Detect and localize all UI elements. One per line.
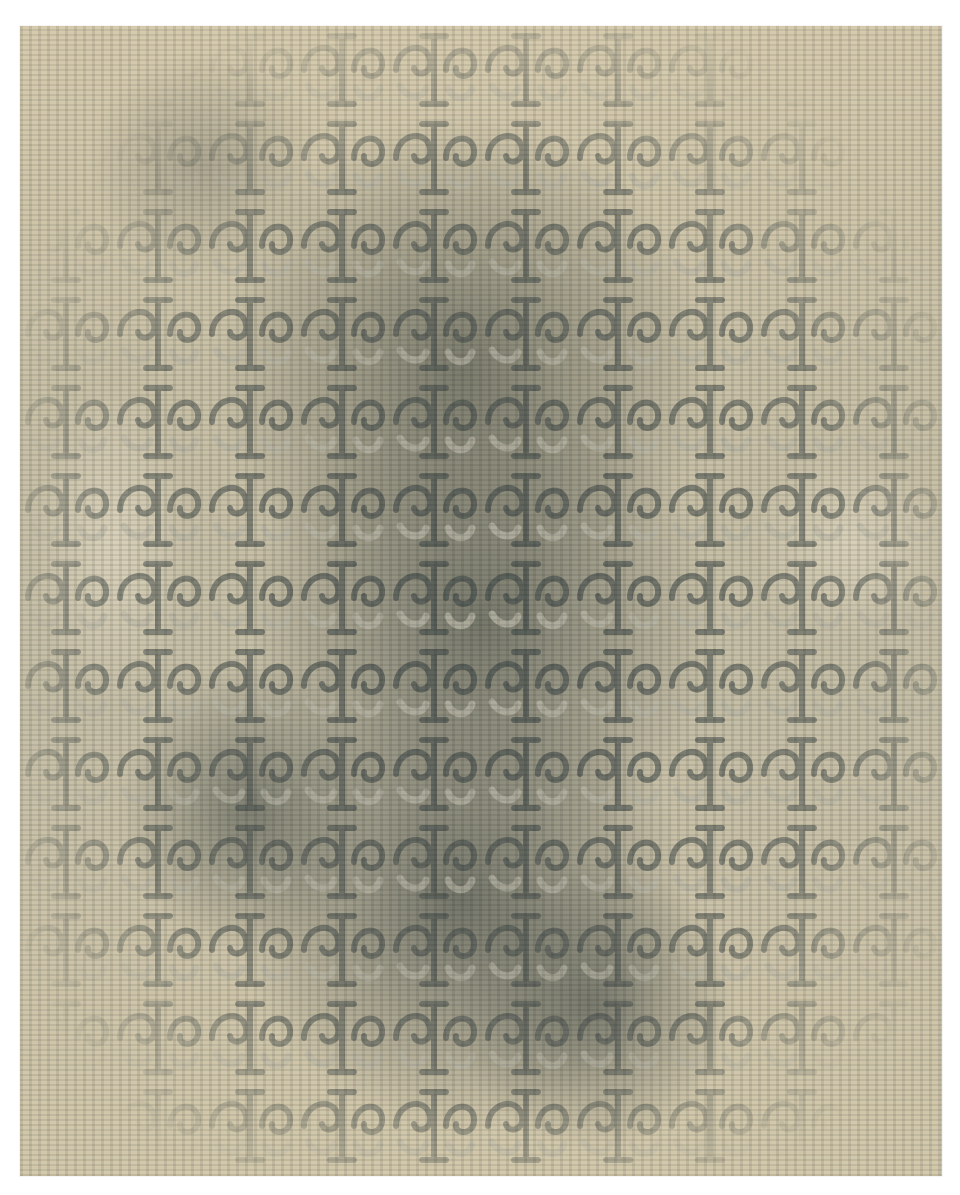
rug: [20, 26, 942, 1176]
abrash-speckle: [20, 26, 942, 1176]
